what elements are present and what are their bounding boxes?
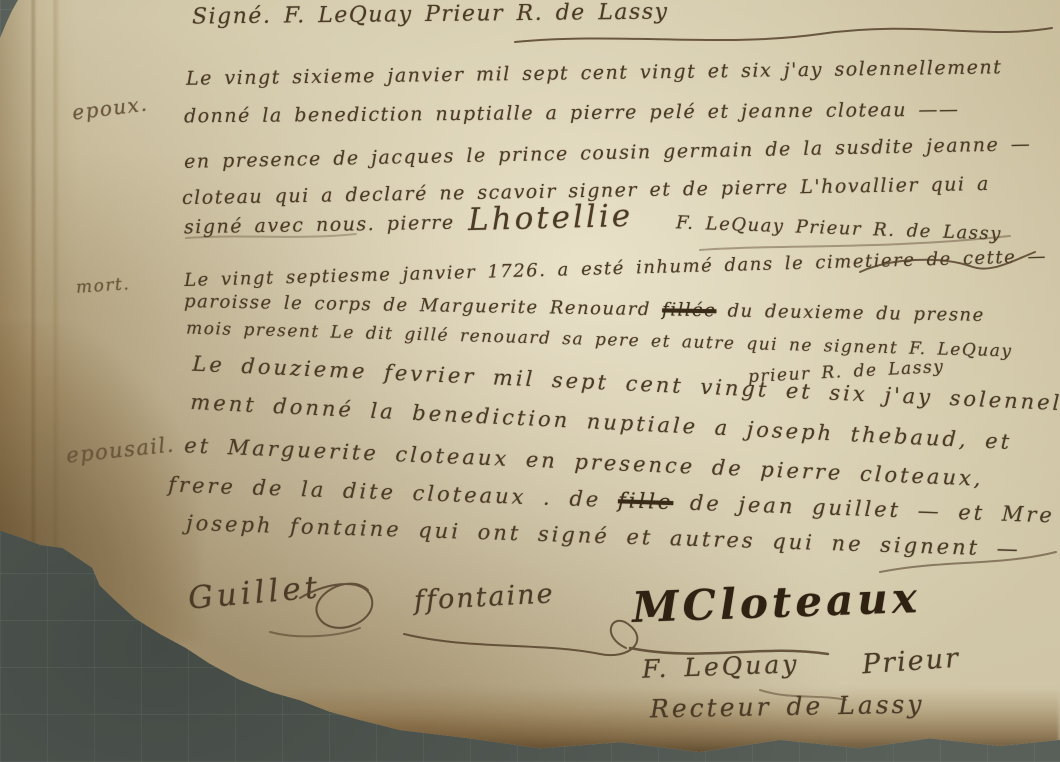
manuscript-line: Le vingt sixieme janvier mil sept cent v…	[186, 56, 1003, 89]
manuscript-line: mois present Le dit gillé renouard sa pe…	[186, 318, 1013, 361]
line-text: du deuxieme du presne	[716, 300, 985, 326]
line-text: frere de la dite cloteaux . de	[168, 473, 619, 513]
photo-background-mat: Signé. F. LeQuay Prieur R. de Lassy epou…	[0, 0, 1060, 762]
line-text: de jean guillet — et Mre	[673, 490, 1055, 527]
manuscript-line: paroisse le corps de Marguerite Renouard…	[184, 291, 985, 326]
top-officiant-signature: Signé. F. LeQuay Prieur R. de Lassy	[192, 0, 669, 29]
manuscript-page: Signé. F. LeQuay Prieur R. de Lassy epou…	[0, 0, 1060, 762]
crossed-out-word: fille	[618, 488, 674, 514]
signature-fontaine: ffontaine	[413, 578, 555, 616]
manuscript-line: donné la benediction nuptialle a pierre …	[184, 99, 960, 128]
margin-note-mort: mort.	[75, 274, 130, 298]
signature-guillet: Guillet	[187, 569, 323, 616]
line-text: paroisse le corps de Marguerite Renouard	[184, 291, 662, 320]
signature-lequay: F. LeQuay	[642, 649, 800, 683]
signature-cloteaux: MCloteaux	[631, 573, 921, 632]
signature-recteur: Recteur de Lassy	[650, 690, 925, 724]
witness-signature-lhotellie: Lhotellie	[468, 198, 634, 238]
manuscript-line: signé avec nous. pierre	[184, 212, 455, 239]
officiant-signature-entry1: F. LeQuay Prieur R. de Lassy	[676, 212, 1003, 244]
crossed-out-word: fillée	[662, 299, 717, 321]
manuscript-line: Le vingt septiesme janvier 1726. a esté …	[184, 246, 1047, 291]
manuscript-line: en presence de jacques le prince cousin …	[184, 133, 1032, 173]
margin-note-epoux: epoux.	[71, 91, 150, 124]
